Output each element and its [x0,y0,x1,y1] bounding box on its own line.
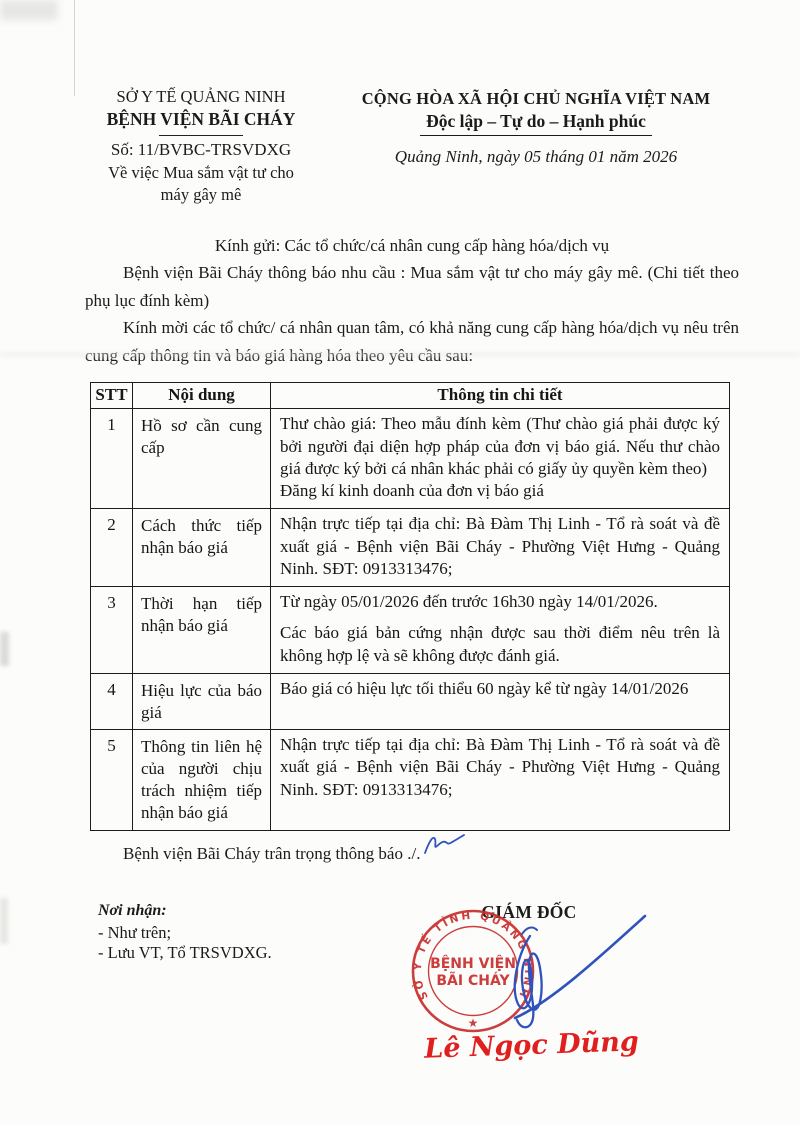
pen-mark-squiggle [421,830,467,858]
header-noi-dung: Nội dung [133,383,271,409]
body-text: Kính gửi: Các tổ chức/cá nhân cung cấp h… [85,236,739,830]
national-title: CỘNG HÒA XÃ HỘI CHỦ NGHĨA VIỆT NAM [332,89,740,109]
paragraph-announcement: Bệnh viện Bãi Cháy thông báo nhu cầu : M… [85,259,739,314]
row-topic: Hiệu lực của báo giá [133,673,271,729]
closing-text: Bệnh viện Bãi Cháy trân trọng thông báo … [123,843,420,862]
dateline: Quảng Ninh, ngày 05 tháng 01 năm 2026 [332,147,740,167]
row-index: 5 [91,730,133,830]
row-index: 2 [91,509,133,587]
issuer-agency: SỞ Y TẾ QUẢNG NINH [70,86,332,107]
table-row: 1 Hồ sơ cần cung cấp Thư chào giá: Theo … [91,409,730,509]
table-row: 3 Thời hạn tiếp nhận báo giá Từ ngày 05/… [91,587,730,674]
scan-artifact [0,898,8,944]
row-topic: Thông tin liên hệ của người chịu trách n… [133,730,271,830]
row-detail: Thư chào giá: Theo mẫu đính kèm (Thư chà… [271,409,730,509]
signature-area: GIÁM ĐỐC SỞ Y TẾ TỈNH QUẢNG NINH BỆNH VI… [419,902,739,1082]
recipients-item: - Lưu VT, Tổ TRSVDXG. [98,943,272,963]
scan-artifact [0,632,9,666]
recipients-list: - Như trên;- Lưu VT, Tổ TRSVDXG. [98,923,272,964]
issuer-org: BỆNH VIỆN BÃI CHÁY [70,108,332,131]
reference-number: Số: 11/BVBC-TRSVDXG [70,139,332,161]
row-detail: Từ ngày 05/01/2026 đến trước 16h30 ngày … [271,587,730,674]
notice-table: STT Nội dung Thông tin chi tiết 1 Hồ sơ … [90,382,730,830]
document-page: SỞ Y TẾ QUẢNG NINH BỆNH VIỆN BÃI CHÁY Số… [0,0,800,1125]
subject-line: Về việc Mua sắm vật tư cho máy gây mê [99,162,304,205]
issuer-block: SỞ Y TẾ QUẢNG NINH BỆNH VIỆN BÃI CHÁY Số… [70,86,332,205]
header-stt: STT [91,383,133,409]
national-block: CỘNG HÒA XÃ HỘI CHỦ NGHĨA VIỆT NAM Độc l… [332,86,740,205]
table-row: 4 Hiệu lực của báo giá Báo giá có hiệu l… [91,673,730,729]
notice-table-body: 1 Hồ sơ cần cung cấp Thư chào giá: Theo … [91,409,730,830]
recipients-title: Nơi nhận: [98,902,272,920]
row-detail: Nhận trực tiếp tại địa chỉ: Bà Đàm Thị L… [271,730,730,830]
row-index: 4 [91,673,133,729]
row-topic: Thời hạn tiếp nhận báo giá [133,587,271,674]
paragraph-invitation: Kính mời các tổ chức/ cá nhân quan tâm, … [85,314,739,369]
row-index: 1 [91,409,133,509]
row-topic: Hồ sơ cần cung cấp [133,409,271,509]
row-detail: Nhận trực tiếp tại địa chỉ: Bà Đàm Thị L… [271,509,730,587]
table-header-row: STT Nội dung Thông tin chi tiết [91,383,730,409]
row-detail: Báo giá có hiệu lực tối thiểu 60 ngày kể… [271,673,730,729]
table-row: 5 Thông tin liên hệ của người chịu trách… [91,730,730,830]
document-header: SỞ Y TẾ QUẢNG NINH BỆNH VIỆN BÃI CHÁY Số… [0,0,800,205]
closing-line: Bệnh viện Bãi Cháy trân trọng thông báo … [85,841,739,869]
handwritten-signature [433,892,673,1042]
row-index: 3 [91,587,133,674]
issuer-underline [159,135,243,136]
salutation: Kính gửi: Các tổ chức/cá nhân cung cấp h… [85,236,739,256]
recipients-block: Nơi nhận: - Như trên;- Lưu VT, Tổ TRSVDX… [85,902,272,1082]
table-row: 2 Cách thức tiếp nhận báo giá Nhận trực … [91,509,730,587]
document-footer: Nơi nhận: - Như trên;- Lưu VT, Tổ TRSVDX… [85,902,739,1082]
national-motto: Độc lập – Tự do – Hạnh phúc [420,111,652,136]
recipients-item: - Như trên; [98,923,272,943]
header-chi-tiet: Thông tin chi tiết [271,383,730,409]
row-topic: Cách thức tiếp nhận báo giá [133,509,271,587]
